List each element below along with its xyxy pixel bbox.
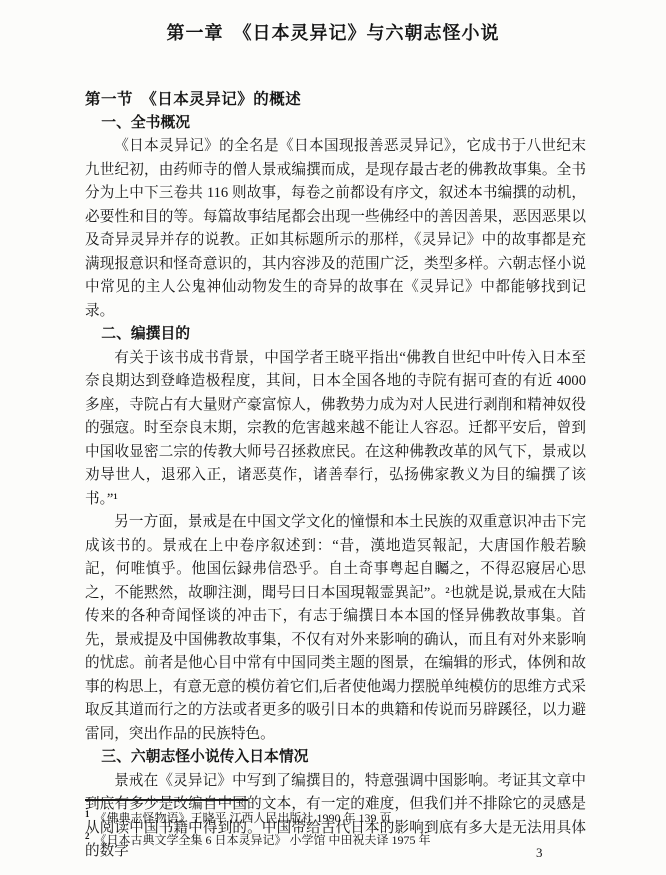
footnote-1-text: 《佛典志怪物语》王晓平 江西人民出版社 1990 年 139 页: [95, 811, 392, 825]
footnote-1-marker: 1: [85, 809, 90, 819]
footnotes-section: 1《佛典志怪物语》王晓平 江西人民出版社 1990 年 139 页 2《日本古典…: [85, 799, 590, 849]
footnote-2: 2《日本古典文学全集 6 日本灵异记》 小学馆 中田祝夫译 1975 年: [85, 828, 590, 850]
section-heading: 第一节 《日本灵异记》的概述: [85, 88, 586, 112]
subheading-overview: 一、全书概况: [85, 112, 586, 136]
footnote-separator-rule: [85, 799, 248, 801]
chapter-title: 第一章 《日本灵异记》与六朝志怪小说: [0, 0, 666, 45]
page-body: 第一节 《日本灵异记》的概述 一、全书概况 《日本灵异记》的全名是《日本国现报善…: [85, 88, 586, 864]
paragraph-purpose-2: 另一方面，景戒是在中国文学文化的憧憬和本土民族的双重意识冲击下完成该书的。景戒在…: [85, 511, 586, 746]
subheading-purpose: 二、编撰目的: [85, 323, 586, 347]
paragraph-overview: 《日本灵异记》的全名是《日本国现报善恶灵异记》，它成书于八世纪末九世纪初，由药师…: [85, 135, 586, 323]
footnote-2-marker: 2: [85, 831, 90, 841]
document-page: 第一章 《日本灵异记》与六朝志怪小说 第一节 《日本灵异记》的概述 一、全书概况…: [0, 0, 666, 875]
footnote-1: 1《佛典志怪物语》王晓平 江西人民出版社 1990 年 139 页: [85, 806, 590, 828]
paragraph-purpose-1: 有关于该书成书背景，中国学者王晓平指出“佛教自世纪中叶传入日本至奈良期达到登峰造…: [85, 347, 586, 512]
footnote-2-text: 《日本古典文学全集 6 日本灵异记》 小学馆 中田祝夫译 1975 年: [95, 833, 431, 847]
page-number: 3: [536, 845, 543, 861]
subheading-transmission: 三、六朝志怪小说传入日本情况: [85, 746, 586, 770]
